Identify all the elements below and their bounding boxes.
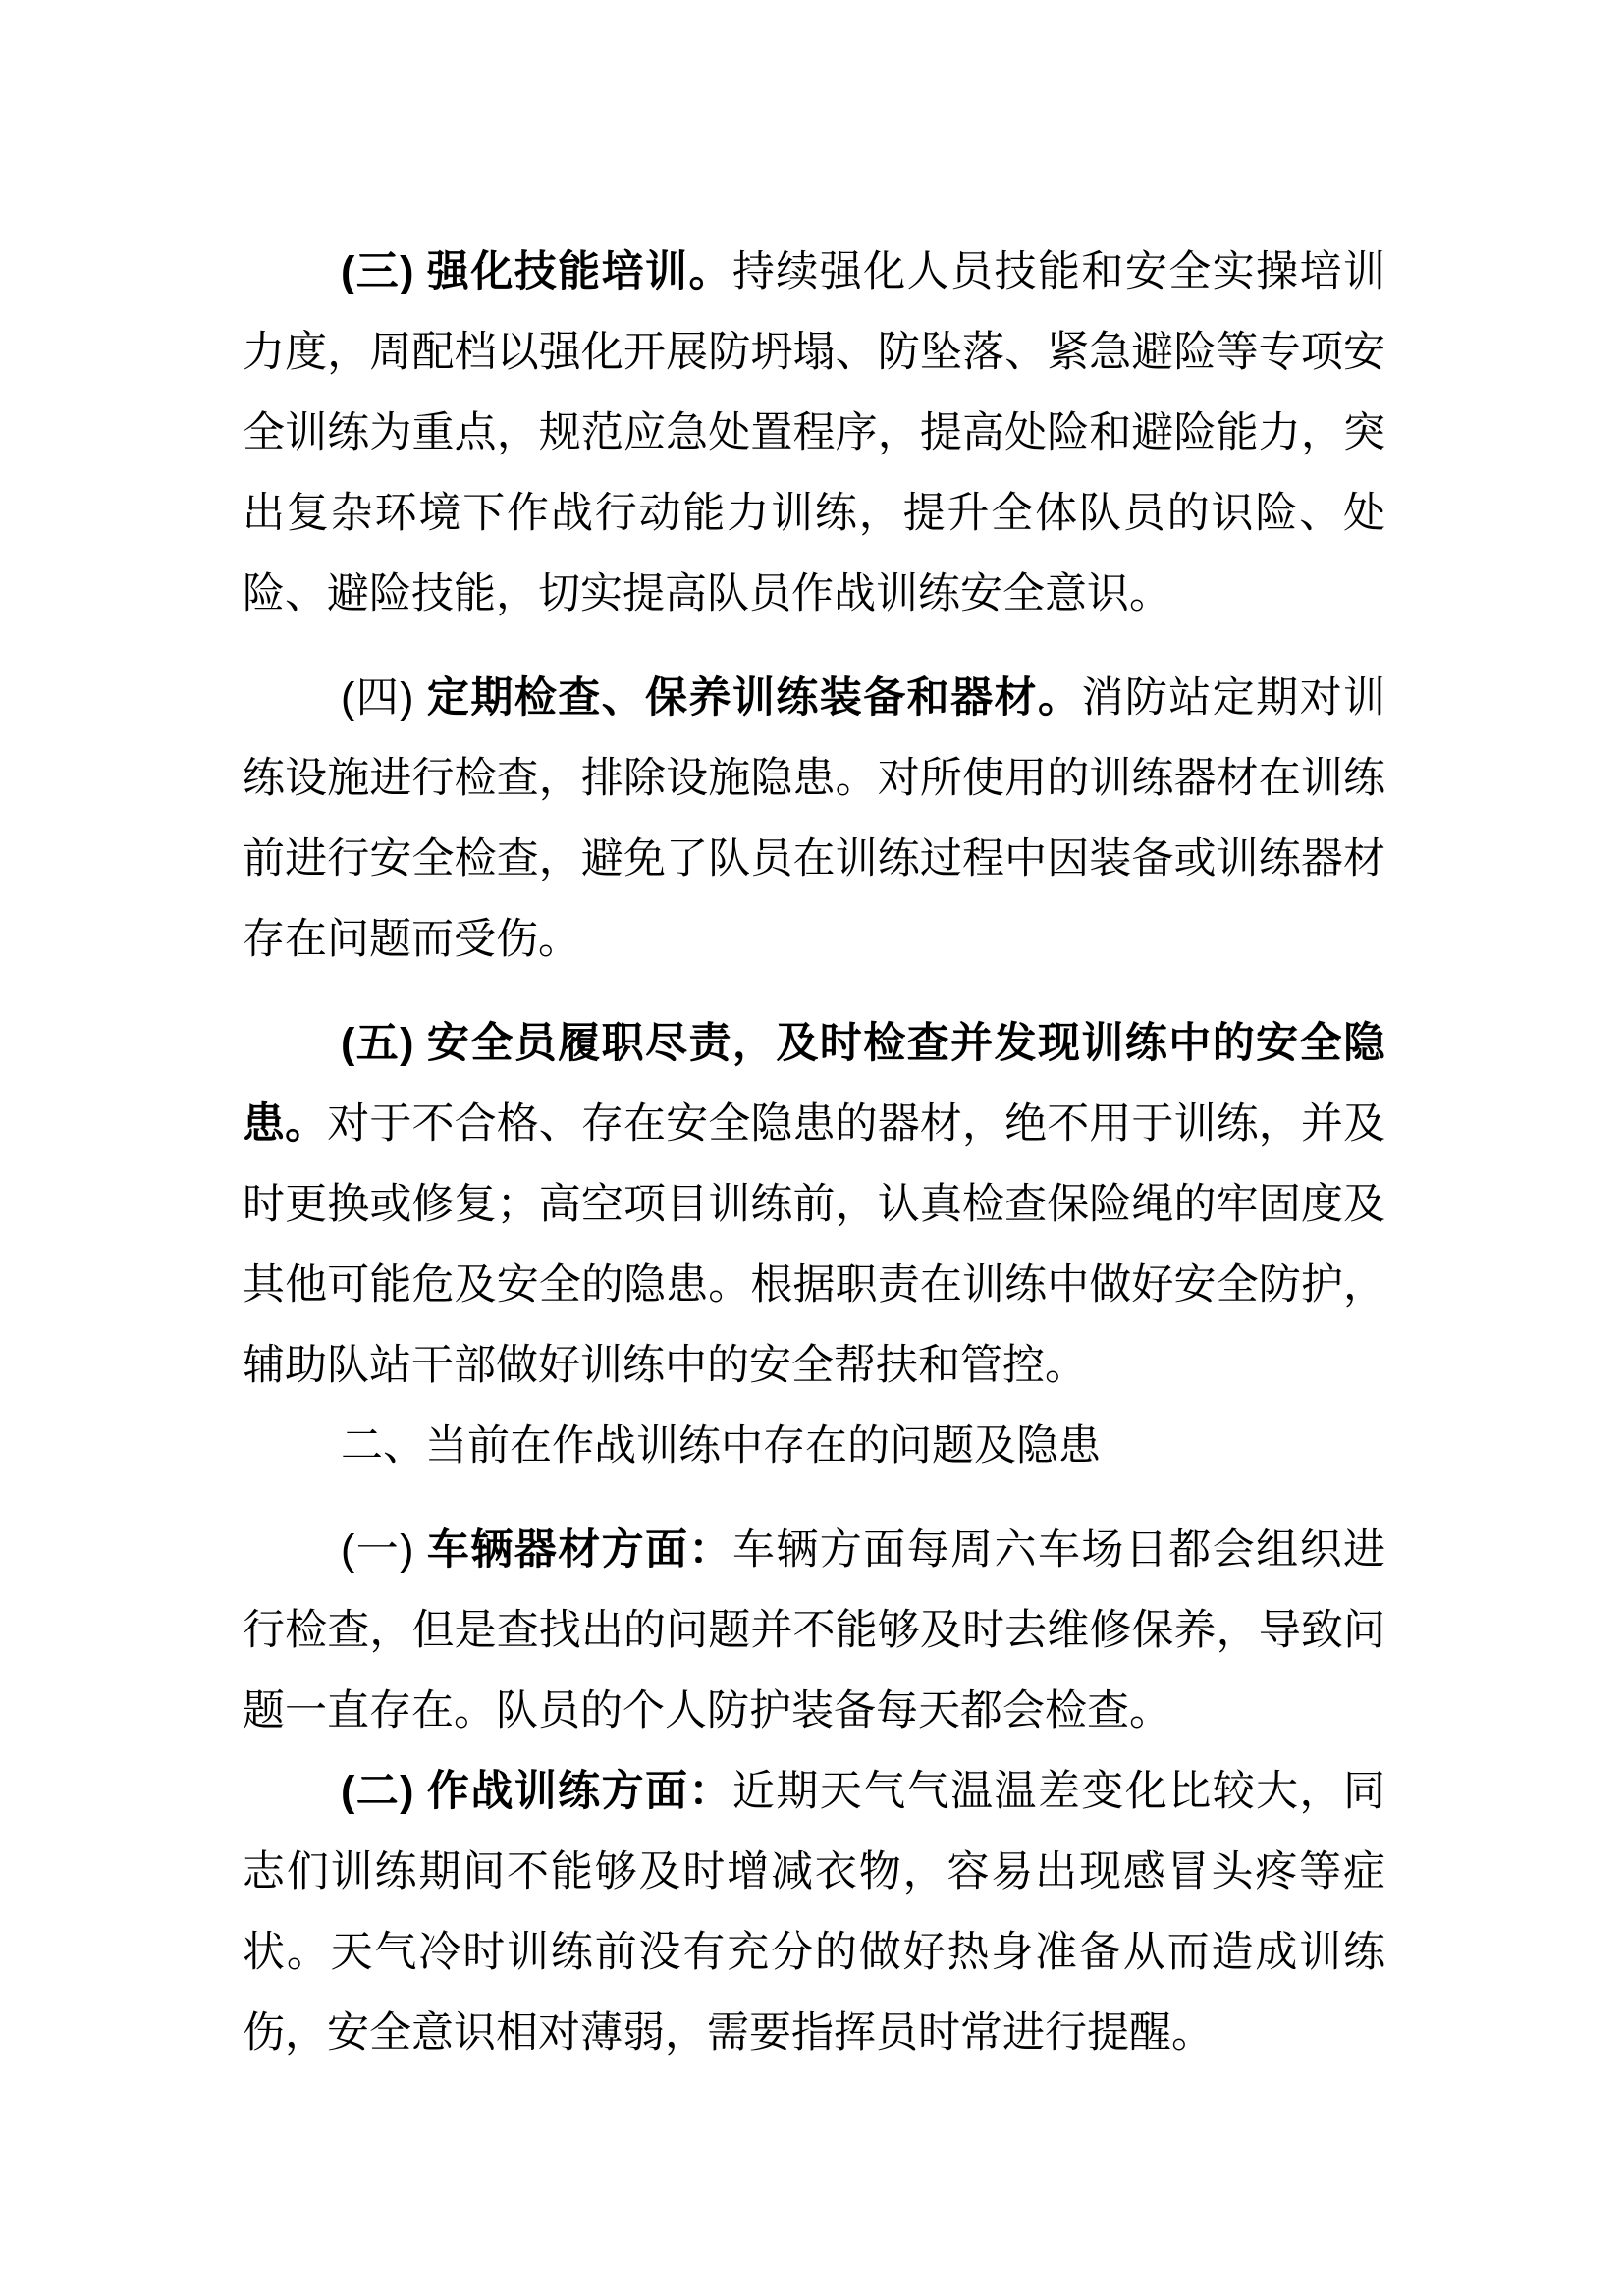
section-heading-problems-and-hazards: 二、当前在作战训练中存在的问题及隐患 — [243, 1406, 1385, 1486]
paragraph-lead: 定期检查、保养训练装备和器材。 — [427, 674, 1082, 721]
section-heading-text: 二、当前在作战训练中存在的问题及隐患 — [341, 1422, 1101, 1469]
paragraph-body: 对于不合格、存在安全隐患的器材，绝不用于训练，并及时更换或修复；高空项目训练前，… — [243, 1100, 1385, 1389]
paragraph-body: 持续强化人员技能和安全实操培训力度，周配档以强化开展防坍塌、防坠落、紧急避险等专… — [243, 248, 1385, 617]
paragraph-equipment-inspection: (四) 定期检查、保养训练装备和器材。消防站定期对训练设施进行检查，排除设施隐患… — [243, 658, 1385, 980]
paragraph-strengthen-skill-training: (三) 强化技能培训。持续强化人员技能和安全实操培训力度，周配档以强化开展防坍塌… — [243, 232, 1385, 634]
paragraph-lead: 车辆器材方面： — [427, 1526, 732, 1574]
paragraph-lead: (三) 强化技能培训。 — [341, 248, 732, 295]
document-page: (三) 强化技能培训。持续强化人员技能和安全实操培训力度，周配档以强化开展防坍塌… — [243, 232, 1385, 2073]
paragraph-vehicle-equipment-aspect: (一) 车辆器材方面：车辆方面每周六车场日都会组织进行检查，但是查找出的问题并不… — [243, 1510, 1385, 1751]
paragraph-prefix: (一) — [341, 1526, 427, 1574]
paragraph-prefix: (四) — [341, 674, 427, 721]
paragraph-safety-officer-duty: (五) 安全员履职尽责，及时检查并发现训练中的安全隐患。对于不合格、存在安全隐患… — [243, 1003, 1385, 1406]
paragraph-combat-training-aspect: (二) 作战训练方面：近期天气气温温差变化比较大，同志们训练期间不能够及时增减衣… — [243, 1751, 1385, 2073]
document-canvas: { "page": { "background_color": "#ffffff… — [0, 0, 1624, 2296]
paragraph-lead: (二) 作战训练方面： — [341, 1768, 732, 1815]
